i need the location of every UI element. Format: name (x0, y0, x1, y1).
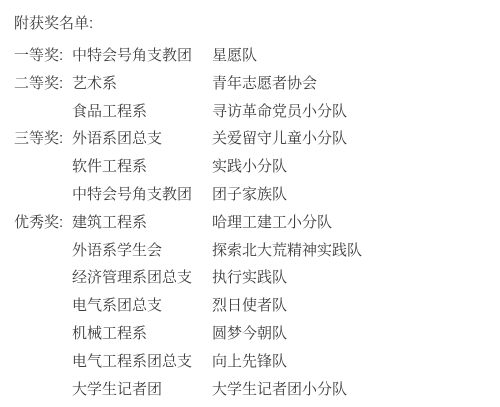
award-tier-label: 三等奖: (14, 125, 72, 153)
team-name: 团子家族队 (212, 181, 500, 209)
organization-name: 电气工程系团总支 (72, 348, 212, 376)
award-row: 电气系团总支 烈日使者队 (14, 292, 500, 320)
organization-name: 建筑工程系 (72, 209, 212, 237)
award-row: 二等奖: 艺术系 青年志愿者协会 (14, 70, 500, 98)
award-tier-label: 二等奖: (14, 70, 72, 98)
organization-name: 电气系团总支 (72, 292, 212, 320)
award-list-document: 附获奖名单: 一等奖: 中特会号角支教团 星愿队 二等奖: 艺术系 青年志愿者协… (0, 0, 500, 403)
team-name: 大学生记者团小分队 (212, 376, 500, 404)
award-tier-label: 优秀奖: (14, 209, 72, 237)
award-row: 外语系学生会 探索北大荒精神实践队 (14, 237, 500, 265)
team-name: 圆梦今朝队 (212, 320, 500, 348)
award-tier-label: 一等奖: (14, 42, 72, 70)
organization-name: 中特会号角支教团 (72, 42, 212, 70)
award-row: 三等奖: 外语系团总支 关爱留守儿童小分队 (14, 125, 500, 153)
team-name: 哈理工建工小分队 (212, 209, 500, 237)
team-name: 青年志愿者协会 (212, 70, 500, 98)
award-row: 优秀奖: 建筑工程系 哈理工建工小分队 (14, 209, 500, 237)
award-row: 食品工程系 寻访革命党员小分队 (14, 98, 500, 126)
organization-name: 中特会号角支教团 (72, 181, 212, 209)
organization-name: 软件工程系 (72, 153, 212, 181)
organization-name: 食品工程系 (72, 98, 212, 126)
award-row: 机械工程系 圆梦今朝队 (14, 320, 500, 348)
award-row: 经济管理系团总支 执行实践队 (14, 264, 500, 292)
team-name: 关爱留守儿童小分队 (212, 125, 500, 153)
organization-name: 外语系学生会 (72, 237, 212, 265)
organization-name: 外语系团总支 (72, 125, 212, 153)
team-name: 实践小分队 (212, 153, 500, 181)
award-row: 大学生记者团 大学生记者团小分队 (14, 376, 500, 404)
organization-name: 艺术系 (72, 70, 212, 98)
team-name: 探索北大荒精神实践队 (212, 237, 500, 265)
document-title: 附获奖名单: (14, 9, 500, 39)
team-name: 向上先锋队 (212, 348, 500, 376)
award-row: 软件工程系 实践小分队 (14, 153, 500, 181)
organization-name: 经济管理系团总支 (72, 264, 212, 292)
team-name: 星愿队 (212, 42, 500, 70)
award-row: 电气工程系团总支 向上先锋队 (14, 348, 500, 376)
award-row: 一等奖: 中特会号角支教团 星愿队 (14, 42, 500, 70)
organization-name: 大学生记者团 (72, 376, 212, 404)
organization-name: 机械工程系 (72, 320, 212, 348)
team-name: 执行实践队 (212, 264, 500, 292)
team-name: 寻访革命党员小分队 (212, 98, 500, 126)
team-name: 烈日使者队 (212, 292, 500, 320)
award-row: 中特会号角支教团 团子家族队 (14, 181, 500, 209)
